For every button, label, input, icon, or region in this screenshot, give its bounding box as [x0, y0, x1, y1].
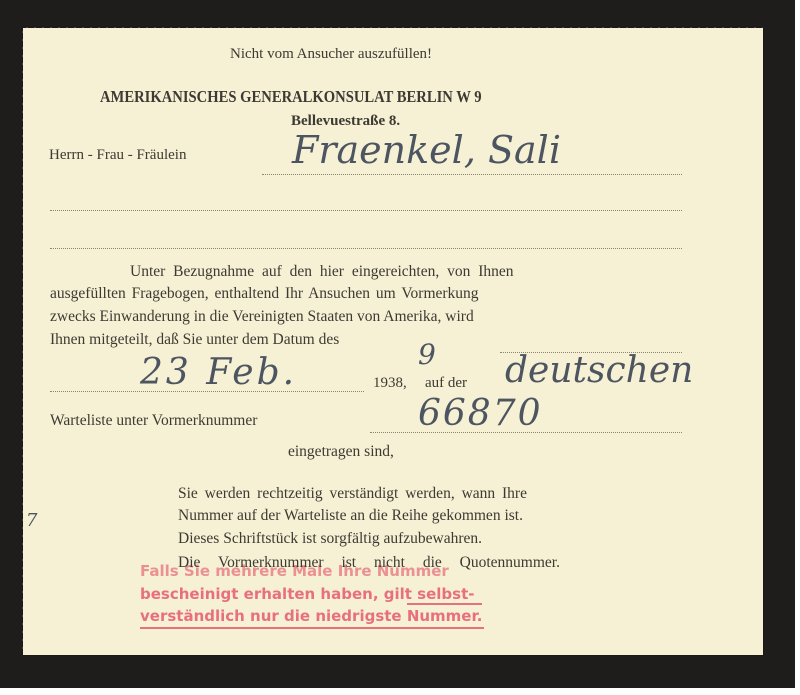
stamp-underline-2 [140, 627, 484, 629]
salutation-label: Herrn - Frau - Fräulein [49, 147, 186, 164]
paragraph1-line4: Ihnen mitgeteilt, daß Sie unter dem Datu… [50, 331, 339, 349]
paragraph2-line3: Dieses Schriftstück ist sorgfältig aufzu… [178, 530, 482, 548]
paragraph1-line1: Unter Bezugnahme auf den hier eingereich… [130, 263, 514, 281]
stamp-line-2: bescheinigt erhalten haben, gilt selbst- [140, 585, 474, 603]
stamp-line-3: verständlich nur die niedrigste Nummer. [140, 607, 482, 625]
perforated-edge-top [23, 25, 763, 31]
not-for-applicant-note: Nicht vom Ansucher auszufüllen! [230, 46, 432, 63]
paragraph2-line1: Sie werden rechtzeitig verständigt werde… [178, 485, 527, 503]
printed-year: 1938, [373, 375, 407, 392]
paragraph2-line2: Nummer auf der Warteliste an die Reihe g… [178, 507, 523, 525]
perforated-edge-left [20, 28, 26, 655]
stamp-underline-1 [407, 603, 482, 605]
blank-line-2 [50, 248, 682, 249]
margin-mark: 7 [26, 510, 37, 531]
paragraph1-line2: ausgefüllten Fragebogen, enthaltend Ihr … [50, 285, 479, 303]
blank-line-1 [50, 210, 682, 211]
registered-label: eingetragen sind, [288, 443, 394, 461]
handwritten-name: Fraenkel, Sali [292, 128, 561, 172]
paragraph2-line4: Die Vormerknummer ist nicht die Quotennu… [178, 554, 560, 572]
paragraph1-line3: zwecks Einwanderung in die Vereinigten S… [50, 308, 474, 326]
waitlist-label: Warteliste unter Vormerknummer [50, 412, 257, 430]
handwritten-list-name: deutschen [505, 350, 693, 391]
consulate-title: AMERIKANISCHES GENERALKONSULAT BERLIN W … [100, 87, 482, 107]
handwritten-year-correction: 9 [418, 338, 436, 371]
auf-der-label: auf der [425, 375, 467, 392]
handwritten-date: 23 Feb. [140, 352, 297, 393]
name-line [262, 174, 682, 175]
handwritten-registration-number: 66870 [418, 393, 543, 434]
